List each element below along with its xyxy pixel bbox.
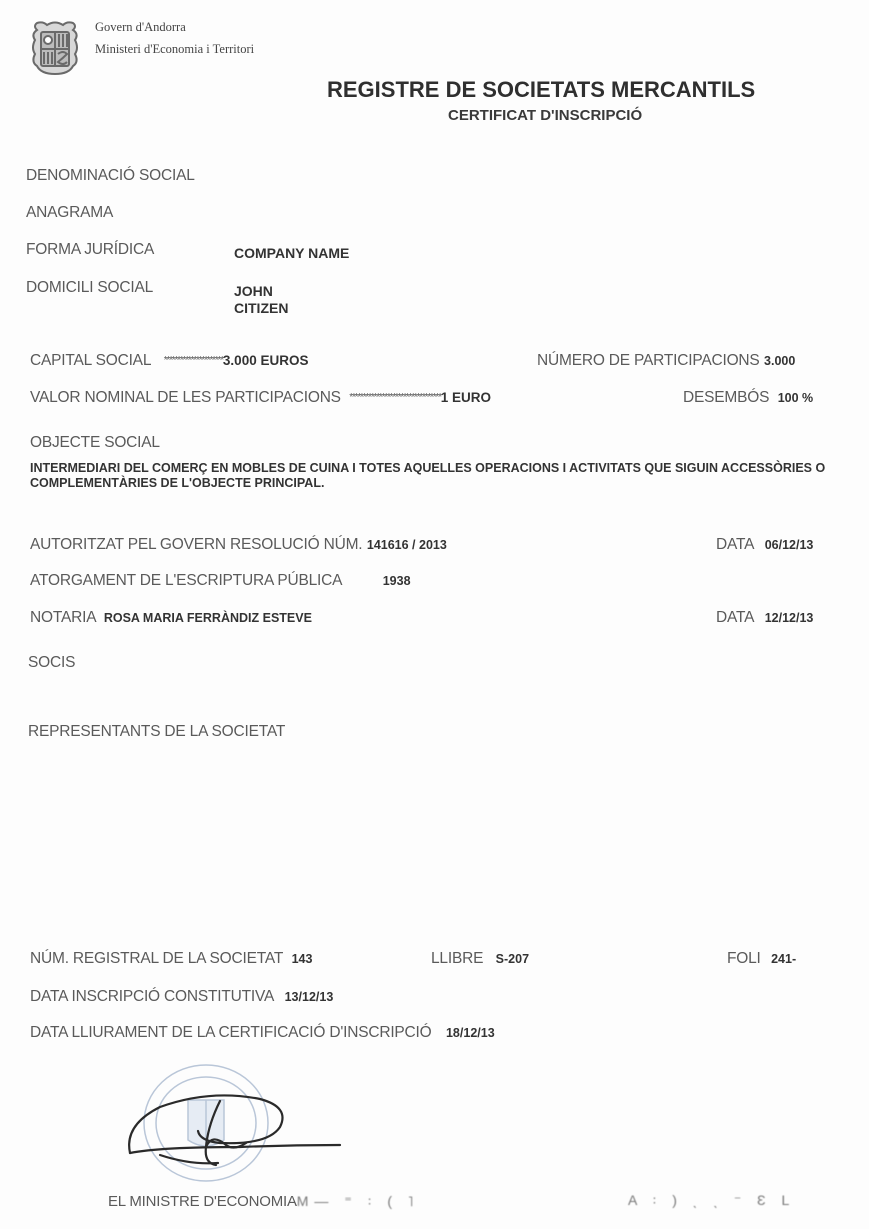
notaria-data-row: DATA 12/12/13 (716, 609, 813, 627)
denominacio-social-label: DENOMINACIÓ SOCIAL (26, 167, 195, 185)
valor-nominal-filler: ********************************** (349, 392, 441, 403)
signatory-title: EL MINISTRE D'ECONOMIA (108, 1193, 297, 1210)
autoritzat-label: AUTORITZAT PEL GOVERN RESOLUCIÓ NÚM. (30, 536, 362, 553)
numero-participacions-label: NÚMERO DE PARTICIPACIONS (537, 352, 760, 369)
llibre-value: S-207 (496, 952, 529, 966)
domicili-social-label: DOMICILI SOCIAL (26, 279, 153, 297)
document-title: REGISTRE DE SOCIETATS MERCANTILS (327, 77, 755, 103)
coat-of-arms-icon (29, 20, 81, 76)
notaria-label: NOTARIA (30, 609, 96, 626)
representants-label: REPRESENTANTS DE LA SOCIETAT (28, 723, 285, 741)
notaria-data-value: 12/12/13 (765, 611, 814, 625)
autoritzat-data-label: DATA (716, 536, 754, 553)
domicili-social-line2: CITIZEN (234, 300, 288, 316)
atorgament-row: ATORGAMENT DE L'ESCRIPTURA PÚBLICA 1938 (30, 572, 411, 590)
signatory-redacted: M— ⁼ ꞉ ( ˥ (297, 1193, 420, 1209)
foli-row: FOLI 241- (727, 950, 796, 968)
government-name: Govern d'Andorra (95, 20, 186, 35)
autoritzat-row: AUTORITZAT PEL GOVERN RESOLUCIÓ NÚM. 141… (30, 536, 447, 554)
data-lliurament-label: DATA LLIURAMENT DE LA CERTIFICACIÓ D'INS… (30, 1024, 432, 1041)
desembos-row: DESEMBÓS 100 % (683, 389, 813, 407)
llibre-label: LLIBRE (431, 950, 483, 967)
notaria-row: NOTARIA ROSA MARIA FERRÀNDIZ ESTEVE (30, 609, 312, 627)
numero-participacions-row: NÚMERO DE PARTICIPACIONS 3.000 (537, 352, 795, 370)
valor-nominal-row: VALOR NOMINAL DE LES PARTICIPACIONS ****… (30, 389, 491, 407)
numero-participacions-value: 3.000 (764, 354, 795, 368)
autoritzat-data-value: 06/12/13 (765, 538, 814, 552)
objecte-social-value: INTERMEDIARI DEL COMERÇ EN MOBLES DE CUI… (30, 461, 860, 491)
notaria-data-label: DATA (716, 609, 754, 626)
autoritzat-value: 141616 / 2013 (367, 538, 447, 552)
data-inscripcio-label: DATA INSCRIPCIÓ CONSTITUTIVA (30, 988, 274, 1005)
anagrama-label: ANAGRAMA (26, 204, 113, 222)
valor-nominal-value: 1 EURO (441, 390, 491, 405)
forma-juridica-label: FORMA JURÍDICA (26, 241, 154, 259)
valor-nominal-label: VALOR NOMINAL DE LES PARTICIPACIONS (30, 389, 341, 406)
data-inscripcio-value: 13/12/13 (285, 990, 334, 1004)
num-registral-row: NÚM. REGISTRAL DE LA SOCIETAT 143 (30, 950, 312, 968)
atorgament-value: 1938 (383, 574, 411, 588)
autoritzat-data-row: DATA 06/12/13 (716, 536, 813, 554)
signatory-row: EL MINISTRE D'ECONOMIAM— ⁼ ꞉ ( ˥ (108, 1193, 419, 1211)
capital-social-value: 3.000 EUROS (223, 353, 309, 368)
num-registral-value: 143 (292, 952, 313, 966)
objecte-social-label: OBJECTE SOCIAL (30, 434, 160, 452)
socis-label: SOCIS (28, 654, 75, 672)
domicili-social-line1: JOHN (234, 283, 273, 299)
foli-value: 241- (771, 952, 796, 966)
data-inscripcio-row: DATA INSCRIPCIÓ CONSTITUTIVA 13/12/13 (30, 988, 333, 1006)
signature-icon (120, 1085, 360, 1175)
data-lliurament-value: 18/12/13 (446, 1026, 495, 1040)
minister-name-redacted: A ꞉ ) ˎ ˎ ⁻ Ɛ L (628, 1192, 795, 1209)
ministry-name: Ministeri d'Economia i Territori (95, 42, 254, 57)
notaria-value: ROSA MARIA FERRÀNDIZ ESTEVE (104, 611, 312, 625)
atorgament-label: ATORGAMENT DE L'ESCRIPTURA PÚBLICA (30, 572, 342, 589)
llibre-row: LLIBRE S-207 (431, 950, 529, 968)
foli-label: FOLI (727, 950, 761, 967)
document-subtitle: CERTIFICAT D'INSCRIPCIÓ (448, 107, 642, 124)
capital-social-label: CAPITAL SOCIAL (30, 352, 151, 369)
desembos-label: DESEMBÓS (683, 389, 769, 406)
capital-social-row: CAPITAL SOCIAL **********************3.0… (30, 352, 308, 370)
num-registral-label: NÚM. REGISTRAL DE LA SOCIETAT (30, 950, 283, 967)
capital-social-filler: ********************** (164, 355, 223, 366)
forma-juridica-value: COMPANY NAME (234, 245, 349, 261)
desembos-value: 100 % (778, 391, 813, 405)
data-lliurament-row: DATA LLIURAMENT DE LA CERTIFICACIÓ D'INS… (30, 1024, 495, 1042)
